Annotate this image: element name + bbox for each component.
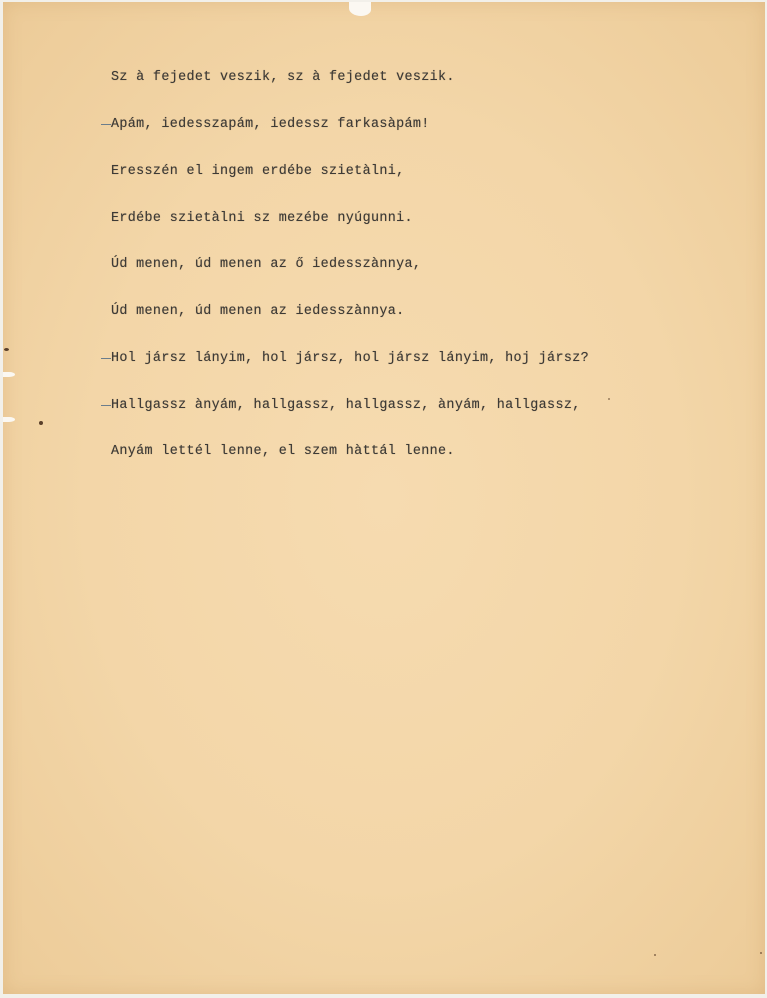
line-text: Apám, iedesszapám, iedessz farkasàpám! — [111, 117, 430, 132]
text-line: Úd menen, úd menen az ő iedesszànnya, — [111, 257, 589, 273]
edge-notch — [3, 417, 15, 422]
margin-dash-mark — [101, 405, 111, 407]
paper-sheet: Sz à fejedet veszik, sz à fejedet veszik… — [3, 2, 765, 994]
line-text: Hol jársz lányim, hol jársz, hol jársz l… — [111, 351, 589, 366]
ink-speck — [39, 421, 43, 425]
text-line: Erdébe szietàlni sz mezébe nyúgunni. — [111, 211, 589, 227]
line-text: Anyám lettél lenne, el szem hàttál lenne… — [111, 444, 455, 459]
margin-dash-mark — [101, 124, 111, 126]
line-text: Úd menen, úd menen az ő iedesszànnya, — [111, 257, 421, 272]
text-line: Anyám lettél lenne, el szem hàttál lenne… — [111, 444, 589, 460]
line-text: Sz à fejedet veszik, sz à fejedet veszik… — [111, 70, 455, 85]
text-line: Úd menen, úd menen az iedesszànnya. — [111, 304, 589, 320]
paper-tear — [349, 2, 371, 16]
line-text: Erdébe szietàlni sz mezébe nyúgunni. — [111, 211, 413, 226]
text-line: Eresszén el ingem erdébe szietàlni, — [111, 164, 589, 180]
line-text: Hallgassz ànyám, hallgassz, hallgassz, à… — [111, 398, 581, 413]
line-text: Eresszén el ingem erdébe szietàlni, — [111, 164, 405, 179]
typed-text-block: Sz à fejedet veszik, sz à fejedet veszik… — [111, 39, 589, 491]
text-line: Hol jársz lányim, hol jársz, hol jársz l… — [111, 351, 589, 367]
margin-dash-mark — [101, 358, 111, 360]
text-line: Sz à fejedet veszik, sz à fejedet veszik… — [111, 70, 589, 86]
edge-notch — [3, 372, 15, 377]
text-line: Apám, iedesszapám, iedessz farkasàpám! — [111, 117, 589, 133]
ink-speck — [654, 954, 656, 956]
ink-speck — [4, 348, 9, 351]
ink-speck — [760, 952, 762, 954]
line-text: Úd menen, úd menen az iedesszànnya. — [111, 304, 405, 319]
text-line: Hallgassz ànyám, hallgassz, hallgassz, à… — [111, 398, 589, 414]
ink-speck — [608, 398, 610, 400]
